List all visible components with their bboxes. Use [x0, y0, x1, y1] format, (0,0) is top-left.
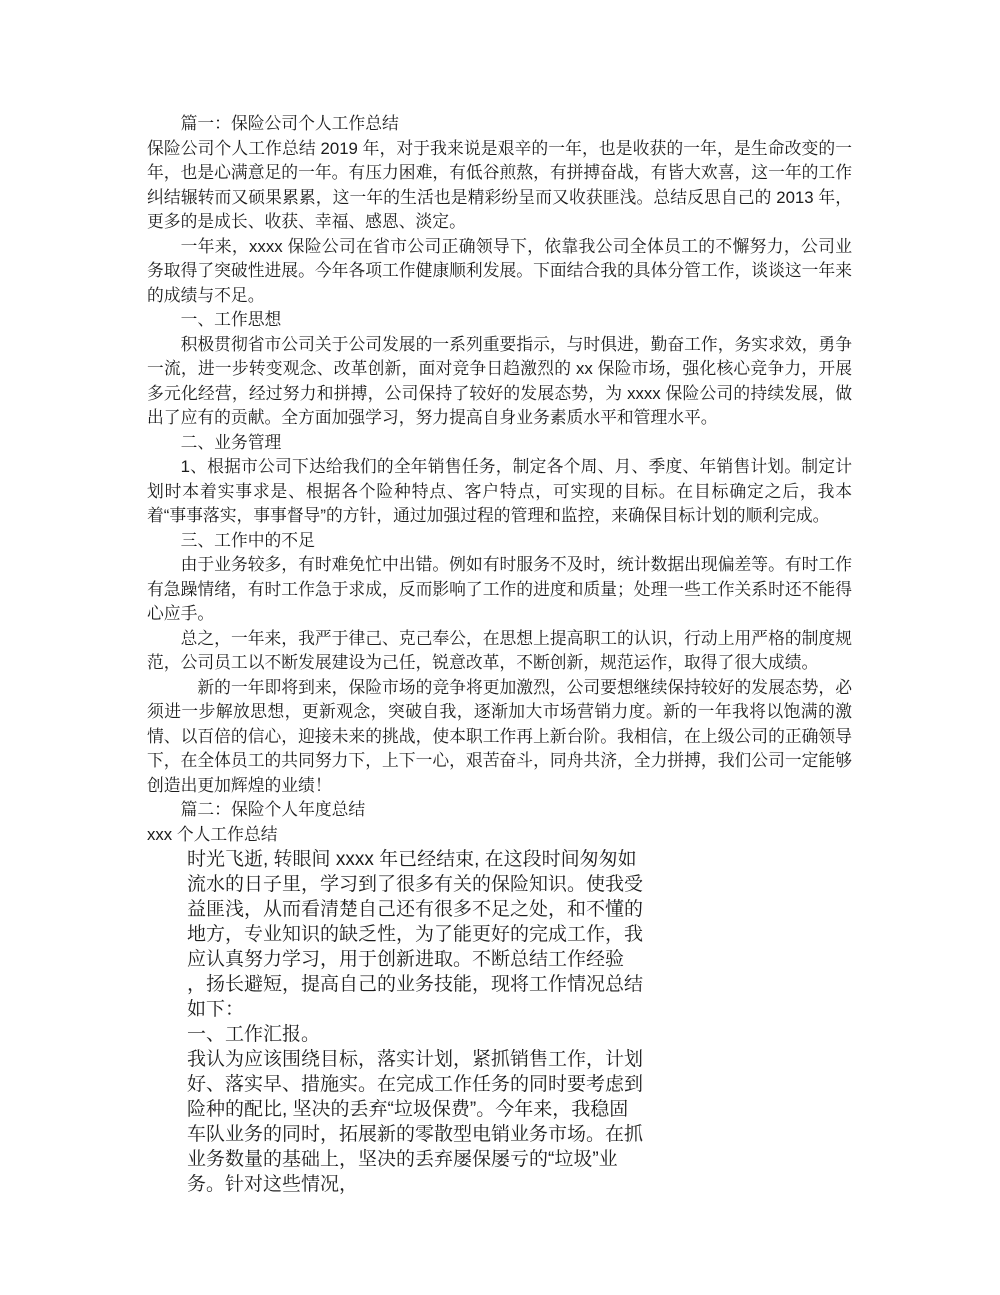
- paragraph: 时光飞逝, 转眼间 xxxx 年已经结束, 在这段时间匆匆如流水的日子里，学习到…: [187, 847, 643, 1022]
- section-work-summary-1: 篇一：保险公司个人工作总结保险公司个人工作总结 2019 年，对于我来说是艰辛的…: [147, 112, 852, 847]
- paragraph: 我认为应该围绕目标，落实计划，紧抓销售工作，计划好、落实早、措施实。在完成工作任…: [187, 1047, 643, 1197]
- paragraph: 保险公司个人工作总结 2019 年，对于我来说是艰辛的一年，也是收获的一年，是生…: [147, 137, 852, 235]
- paragraph: 二、业务管理: [147, 431, 852, 456]
- paragraph: 1、根据市公司下达给我们的全年销售任务，制定各个周、月、季度、年销售计划。制定计…: [147, 455, 852, 529]
- paragraph: 由于业务较多，有时难免忙中出错。例如有时服务不及时，统计数据出现偏差等。有时工作…: [147, 553, 852, 627]
- paragraph: 一、工作思想: [147, 308, 852, 333]
- paragraph: 总之，一年来，我严于律己、克己奉公，在思想上提高职工的认识，行动上用严格的制度规…: [147, 627, 852, 676]
- paragraph: 积极贯彻省市公司关于公司发展的一系列重要指示，与时俱进，勤奋工作，务实求效，勇争…: [147, 333, 852, 431]
- paragraph: 一年来，xxxx 保险公司在省市公司正确领导下，依靠我公司全体员工的不懈努力，公…: [147, 235, 852, 309]
- paragraph: 一、工作汇报。: [187, 1022, 643, 1047]
- paragraph: 三、工作中的不足: [147, 529, 852, 554]
- document-page: 篇一：保险公司个人工作总结保险公司个人工作总结 2019 年，对于我来说是艰辛的…: [0, 0, 1000, 1295]
- section-work-summary-2: 时光飞逝, 转眼间 xxxx 年已经结束, 在这段时间匆匆如流水的日子里，学习到…: [187, 847, 643, 1197]
- paragraph: 新的一年即将到来，保险市场的竞争将更加激烈，公司要想继续保持较好的发展态势，必须…: [147, 676, 852, 799]
- document-body: 篇一：保险公司个人工作总结保险公司个人工作总结 2019 年，对于我来说是艰辛的…: [147, 112, 852, 1197]
- paragraph: 篇一：保险公司个人工作总结: [147, 112, 852, 137]
- paragraph: 篇二：保险个人年度总结: [147, 798, 852, 823]
- paragraph: xxx 个人工作总结: [147, 823, 852, 848]
